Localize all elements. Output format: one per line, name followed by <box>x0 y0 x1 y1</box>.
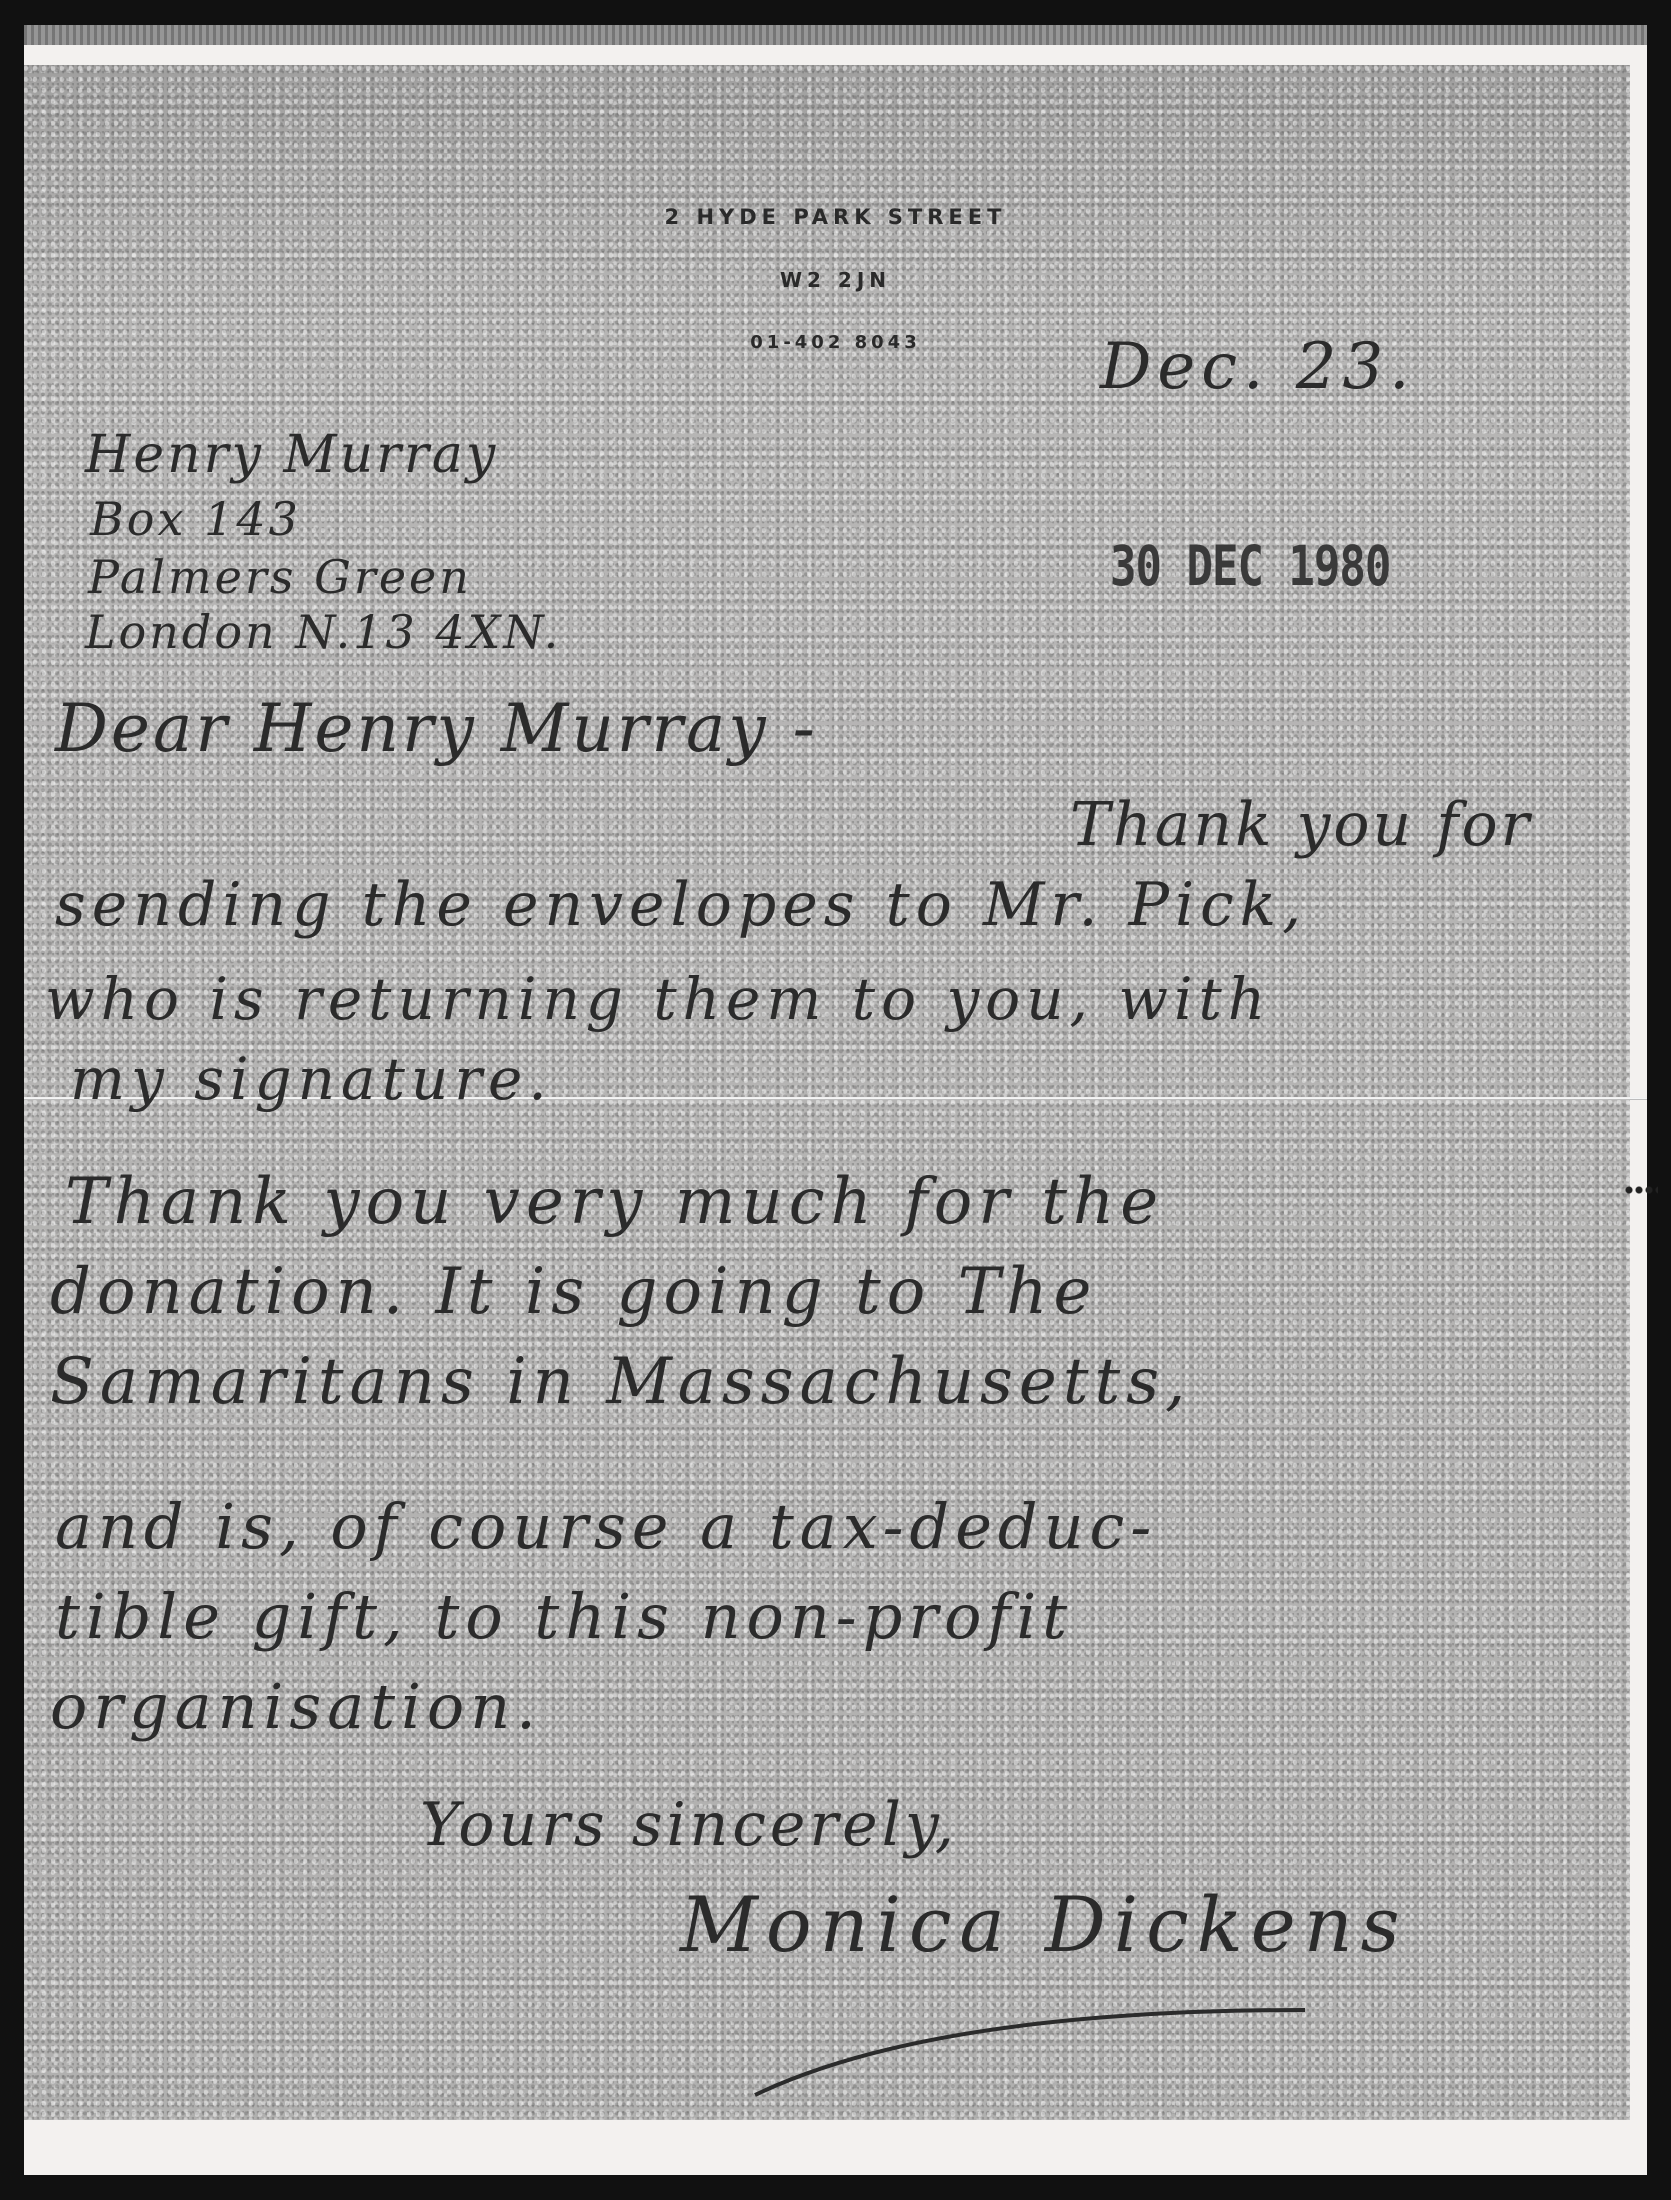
body-line-2: sending the envelopes to Mr. Pick, <box>55 870 1307 940</box>
body-line-3: who is returning them to you, with <box>45 965 1271 1033</box>
handwritten-date: Dec. 23. <box>1100 330 1416 404</box>
letterhead-street: 2 HYDE PARK STREET <box>0 205 1671 229</box>
recipient-address-line3: London N.13 4XN. <box>85 605 561 659</box>
body-line-4: my signature. <box>70 1045 553 1113</box>
salutation: Dear Henry Murray - <box>55 690 818 767</box>
body-line-7: Samaritans in Massachusetts, <box>50 1345 1191 1419</box>
signature: Monica Dickens <box>680 1880 1408 1969</box>
body-line-10: organisation. <box>50 1670 542 1743</box>
recipient-address-line1: Box 143 <box>90 492 301 546</box>
body-line-8: and is, of course a tax-deduc- <box>55 1490 1157 1563</box>
body-line-1: Thank you for <box>1070 790 1532 860</box>
signature-flourish <box>750 1990 1350 2100</box>
recipient-address-line2: Palmers Green <box>88 550 472 604</box>
closing: Yours sincerely, <box>420 1790 958 1860</box>
letterhead-postcode: W2 2JN <box>0 268 1671 292</box>
edge-ink-mark <box>1624 1185 1658 1195</box>
scan-top-band <box>24 25 1647 45</box>
letterhead-phone: 01-402 8043 <box>0 332 1671 353</box>
body-line-6: donation. It is going to The <box>50 1255 1097 1329</box>
body-line-9: tible gift, to this non-profit <box>55 1580 1073 1653</box>
recipient-name: Henry Murray <box>85 425 498 485</box>
received-date-stamp: 30 DEC 1980 <box>1110 535 1390 599</box>
body-line-5: Thank you very much for the <box>65 1165 1164 1239</box>
